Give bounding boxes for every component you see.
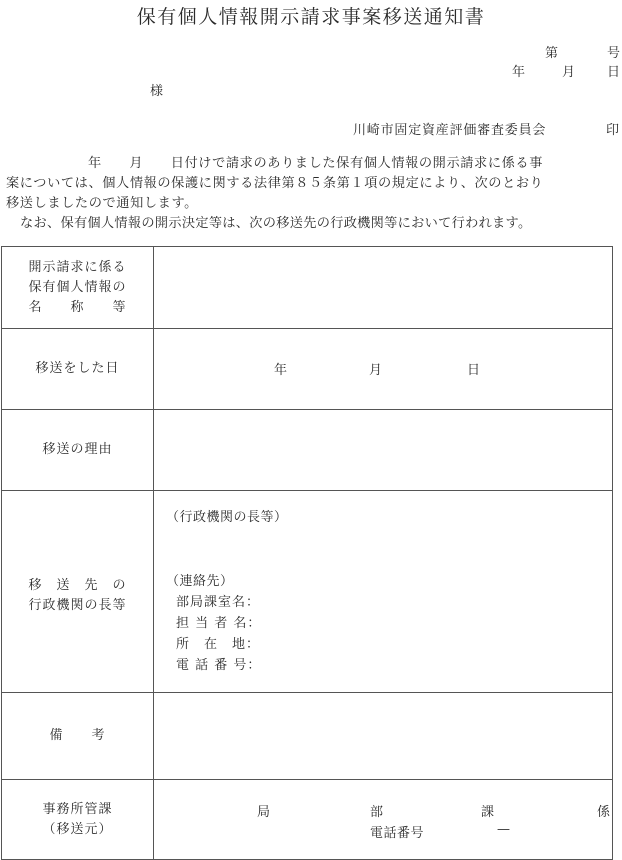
body-line-4: なお、保有個人情報の開示決定等は、次の移送先の行政機関等において行われます。 — [6, 215, 618, 233]
phone-dash: — — [497, 822, 510, 837]
label-transfer-date: 移送をした日 — [2, 329, 154, 410]
label-line: （移送元） — [2, 820, 153, 840]
value-remarks[interactable] — [154, 693, 613, 780]
phone-label: 電話番号 — [370, 822, 424, 841]
label-line: 事務所管課 — [2, 800, 153, 820]
label-transfer-reason: 移送の理由 — [2, 410, 154, 491]
body-line-2: 案については、個人情報の保護に関する法律第８５条第１項の規定により、次のとおり — [6, 175, 618, 193]
label-line: 行政機関の長等 — [2, 596, 153, 616]
label-source-office: 事務所管課 （移送元） — [2, 780, 154, 860]
row-transfer-reason: 移送の理由 — [2, 410, 613, 491]
unit-subsection: 係 — [597, 801, 610, 820]
date-month: 月 — [562, 61, 575, 80]
value-info-name[interactable] — [154, 247, 613, 329]
row-remarks: 備 考 — [2, 693, 613, 780]
body-line-3: 移送しましたので通知します。 — [6, 195, 618, 213]
label-info-name: 開示請求に係る 保有個人情報の 名 称 等 — [2, 247, 154, 329]
value-source-office[interactable]: 局 部 課 係 電話番号 — — [154, 780, 613, 860]
date-year: 年 — [512, 61, 525, 80]
field-person-in-charge: 担 当 者 名： — [176, 612, 261, 631]
value-transfer-date[interactable]: 年 月 日 — [154, 329, 613, 410]
issuer-name: 川崎市固定資産評価審査委員会 — [353, 119, 546, 138]
date-day: 日 — [607, 61, 620, 80]
transfer-month: 月 — [369, 359, 382, 378]
field-address: 所 在 地： — [176, 633, 260, 652]
transfer-notice-table: 開示請求に係る 保有個人情報の 名 称 等 移送をした日 年 月 日 移送の理由… — [1, 246, 613, 860]
row-destination: 移 送 先 の 行政機関の長等 （行政機関の長等） （連絡先） 部局課室名： 担… — [2, 491, 613, 693]
agency-head-label: （行政機関の長等） — [166, 506, 288, 525]
document-title: 保有個人情報開示請求事案移送通知書 — [0, 2, 622, 29]
row-info-name: 開示請求に係る 保有個人情報の 名 称 等 — [2, 247, 613, 329]
contact-label: （連絡先） — [166, 570, 234, 589]
label-line: 名 称 等 — [2, 298, 153, 318]
value-destination[interactable]: （行政機関の長等） （連絡先） 部局課室名： 担 当 者 名： 所 在 地： 電… — [154, 491, 613, 693]
row-source-office: 事務所管課 （移送元） 局 部 課 係 電話番号 — — [2, 780, 613, 860]
value-transfer-reason[interactable] — [154, 410, 613, 491]
unit-section: 課 — [481, 801, 494, 820]
field-department: 部局課室名： — [176, 591, 260, 610]
seal-mark: 印 — [606, 119, 619, 138]
unit-department: 部 — [370, 801, 383, 820]
label-remarks: 備 考 — [2, 693, 154, 780]
addressee-suffix: 様 — [150, 80, 163, 99]
transfer-day: 日 — [467, 359, 480, 378]
label-line: 移 送 先 の — [2, 576, 153, 596]
unit-bureau: 局 — [257, 801, 270, 820]
label-destination: 移 送 先 の 行政機関の長等 — [2, 491, 154, 693]
body-line-1: 年 月 日付けで請求のありました保有個人情報の開示請求に係る事 — [6, 155, 618, 173]
label-line: 開示請求に係る — [2, 258, 153, 278]
transfer-year: 年 — [274, 359, 287, 378]
label-line: 保有個人情報の — [2, 278, 153, 298]
field-phone: 電 話 番 号： — [176, 654, 261, 673]
row-transfer-date: 移送をした日 年 月 日 — [2, 329, 613, 410]
number-prefix: 第 — [545, 42, 558, 61]
number-suffix: 号 — [607, 42, 620, 61]
